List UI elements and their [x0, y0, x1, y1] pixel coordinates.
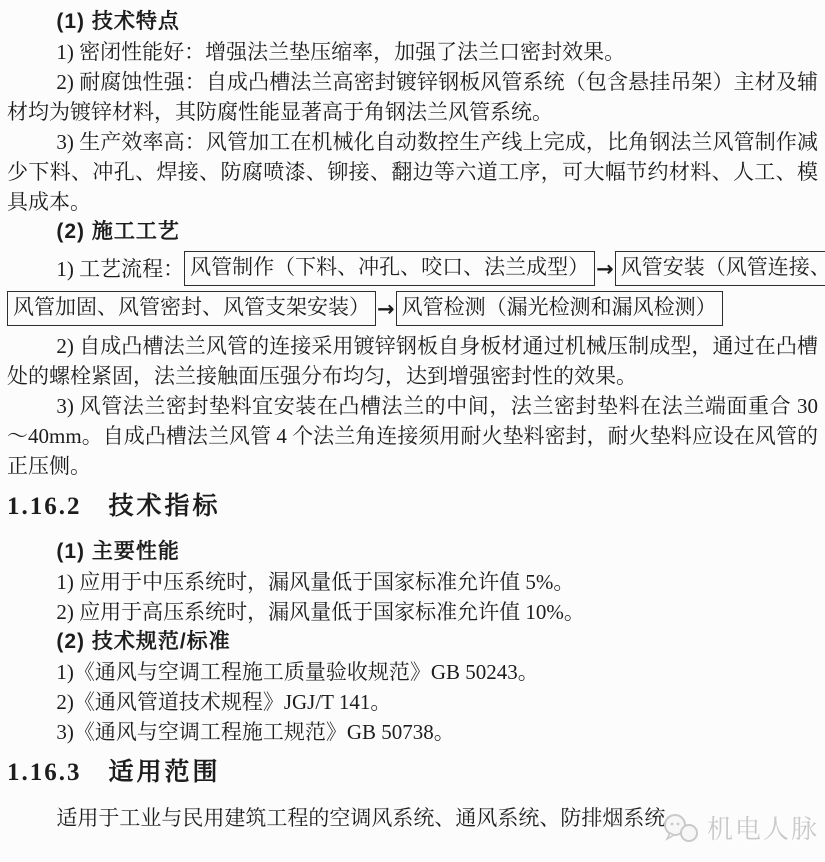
flow-label: 1) 工艺流程：	[56, 254, 184, 284]
paragraph-corrosion: 2) 耐腐蚀性强：自成凸槽法兰高密封镀锌钢板风管系统（包含悬挂吊架）主材及辅材均…	[7, 67, 818, 127]
section-heading-1-16-3: 1.16.3适用范围	[7, 756, 818, 790]
subheading-standards: (2) 技术规范/标准	[7, 627, 818, 657]
paragraph-high-pressure: 2) 应用于高压系统时，漏风量低于国家标准允许值 10%。	[7, 597, 818, 627]
standard-item-gb50243: 1)《通风与空调工程施工质量验收规范》GB 50243。	[7, 657, 818, 687]
process-flow-line-1: 1) 工艺流程： 风管制作（下料、冲孔、咬口、法兰成型） → 风管安装（风管连接…	[7, 251, 818, 286]
watermark-text: 机电人脉	[707, 815, 819, 845]
arrow-right-icon: →	[376, 294, 396, 324]
subheading-construction-process: (2) 施工工艺	[7, 217, 818, 247]
flow-box-duct-installation-cont: 风管加固、风管密封、风管支架安装）	[7, 291, 376, 326]
section-title: 适用范围	[109, 759, 221, 786]
paragraph-medium-pressure: 1) 应用于中压系统时，漏风量低于国家标准允许值 5%。	[7, 567, 818, 597]
subheading-main-performance: (1) 主要性能	[7, 537, 818, 567]
paragraph-sealing: 1) 密闭性能好：增强法兰垫压缩率，加强了法兰口密封效果。	[7, 37, 818, 67]
flow-box-duct-fabrication: 风管制作（下料、冲孔、咬口、法兰成型）	[184, 251, 595, 286]
section-number: 1.16.3	[7, 759, 82, 786]
arrow-right-icon: →	[595, 254, 615, 284]
watermark: 机电人脉	[661, 812, 819, 848]
process-flow-line-2: 风管加固、风管密封、风管支架安装） → 风管检测（漏光检测和漏风检测）	[7, 291, 818, 326]
flow-box-duct-testing: 风管检测（漏光检测和漏风检测）	[396, 291, 723, 326]
subheading-tech-features: (1) 技术特点	[7, 7, 818, 37]
standard-item-gb50738: 3)《通风与空调工程施工规范》GB 50738。	[7, 717, 818, 747]
section-number: 1.16.2	[7, 493, 82, 520]
paragraph-connection: 2) 自成凸槽法兰风管的连接采用镀锌钢板自身板材通过机械压制成型，通过在凸槽处的…	[7, 331, 818, 391]
paragraph-efficiency: 3) 生产效率高：风管加工在机械化自动数控生产线上完成，比角钢法兰风管制作减少下…	[7, 127, 818, 217]
standard-item-jgjt141: 2)《通风管道技术规程》JGJ/T 141。	[7, 687, 818, 717]
section-heading-1-16-2: 1.16.2技术指标	[7, 490, 818, 524]
chat-bubbles-icon	[661, 812, 701, 848]
paragraph-gasket: 3) 风管法兰密封垫料宜安装在凸槽法兰的中间，法兰密封垫料在法兰端面重合 30～…	[7, 391, 818, 481]
flow-box-duct-installation: 风管安装（风管连接、	[615, 251, 825, 286]
section-title: 技术指标	[109, 493, 221, 520]
document-page: (1) 技术特点 1) 密闭性能好：增强法兰垫压缩率，加强了法兰口密封效果。 2…	[0, 0, 825, 862]
